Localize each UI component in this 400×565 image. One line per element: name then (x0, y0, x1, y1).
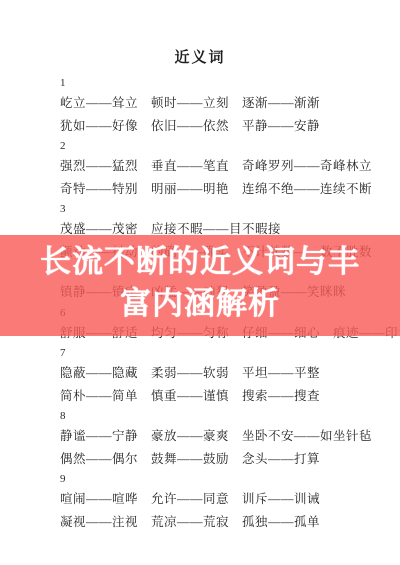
section-number: 9 (60, 470, 400, 488)
banner-headline-line1: 长流不断的近义词与丰 (0, 241, 400, 283)
section-number: 1 (60, 74, 400, 92)
synonym-line: 静谧——宁静 豪放——豪爽 坐卧不安——如坐针毡 (60, 425, 400, 448)
synonym-line: 奇特——特别 明丽——明艳 连绵不绝——连续不断 (60, 178, 400, 201)
section-number: 7 (60, 344, 400, 362)
synonym-line: 强烈——猛烈 垂直——笔直 奇峰罗列——奇峰林立 (60, 155, 400, 178)
synonym-line: 喧闹——喧哗 允许——同意 训斥——训诫 (60, 488, 400, 511)
synonym-line: 凝视——注视 荒凉——荒寂 孤独——孤单 (60, 511, 400, 534)
synonym-line: 偶然——偶尔 鼓舞——鼓励 念头——打算 (60, 448, 400, 471)
synonym-line: 简朴——简单 慎重——谨慎 搜索——搜查 (60, 385, 400, 408)
overlay-banner: 长流不断的近义词与丰 富内涵解析 (0, 235, 400, 336)
document-page: 近义词 1屹立——耸立 顿时——立刻 逐渐——渐渐犹如——好像 依旧——依然 平… (0, 0, 400, 565)
synonym-line: 隐蔽——隐藏 柔弱——软弱 平坦——平整 (60, 362, 400, 385)
page-title: 近义词 (0, 0, 400, 67)
banner-headline-line2: 富内涵解析 (0, 283, 400, 325)
section-number: 3 (60, 200, 400, 218)
synonym-line: 屹立——耸立 顿时——立刻 逐渐——渐渐 (60, 92, 400, 115)
section-number: 8 (60, 407, 400, 425)
banner-headline: 长流不断的近义词与丰 富内涵解析 (0, 241, 400, 325)
synonym-line: 犹如——好像 依旧——依然 平静——安静 (60, 115, 400, 138)
section-number: 2 (60, 137, 400, 155)
